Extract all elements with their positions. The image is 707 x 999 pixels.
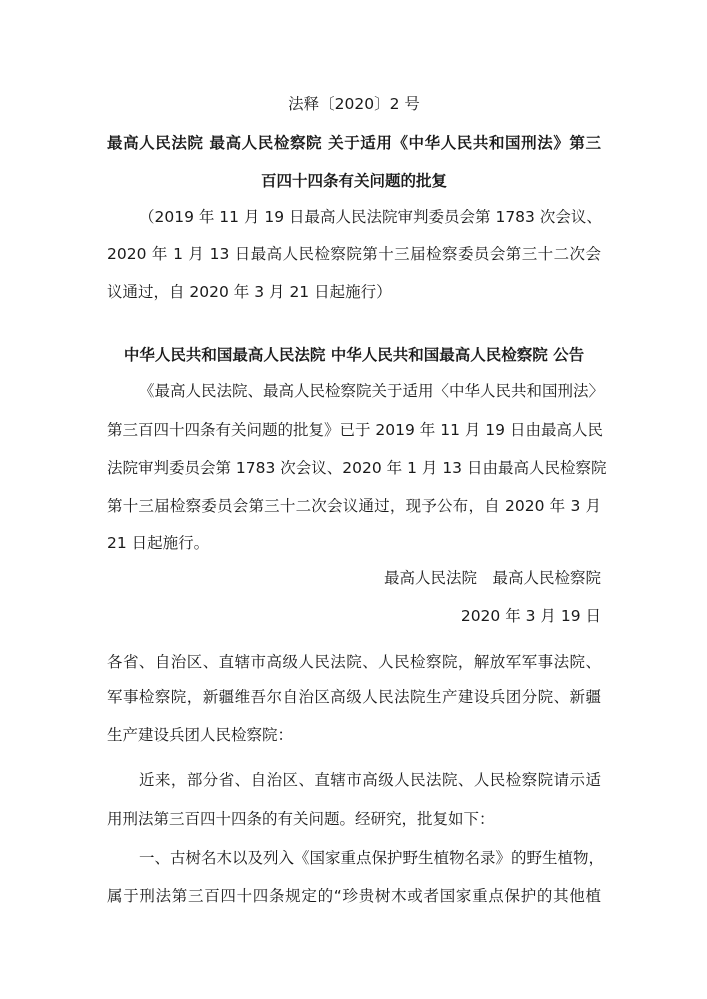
announcement-line-2: 第三百四十四条有关问题的批复》已于 2019 年 11 月 19 日由最高人民 <box>107 420 601 440</box>
body-paragraph-1-line-1: 近来，部分省、自治区、直辖市高级人民法院、人民检察院请示适 <box>107 770 601 790</box>
announcement-line-5: 21 日起施行。 <box>107 533 601 553</box>
announcement-line-4: 第十三届检察委员会第三十二次会议通过，现予公布，自 2020 年 3 月 <box>107 496 601 516</box>
addressee-line-2: 军事检察院，新疆维吾尔自治区高级人民法院生产建设兵团分院、新疆 <box>107 687 601 707</box>
addressee-line-3: 生产建设兵团人民检察院： <box>107 725 601 745</box>
body-paragraph-1-line-2: 用刑法第三百四十四条的有关问题。经研究，批复如下： <box>107 809 601 829</box>
adoption-note-line-1: （2019 年 11 月 19 日最高人民法院审判委员会第 1783 次会议、 <box>107 207 601 227</box>
announcement-date: 2020 年 3 月 19 日 <box>107 606 601 626</box>
announcement-signature: 最高人民法院 最高人民检察院 <box>107 568 601 588</box>
adoption-note-line-3: 议通过，自 2020 年 3 月 21 日起施行） <box>107 282 601 302</box>
announcement-heading: 中华人民共和国最高人民法院 中华人民共和国最高人民检察院 公告 <box>107 345 601 365</box>
title-line-2: 百四十四条有关问题的批复 <box>107 171 601 191</box>
adoption-note-line-2: 2020 年 1 月 13 日最高人民检察院第十三届检察委员会第三十二次会 <box>107 244 601 264</box>
body-paragraph-2-line-2: 属于刑法第三百四十四条规定的“珍贵树木或者国家重点保护的其他植 <box>107 886 601 906</box>
doc-number: 法释〔2020〕2 号 <box>107 94 601 114</box>
announcement-line-1: 《最高人民法院、最高人民检察院关于适用〈中华人民共和国刑法〉 <box>107 381 601 401</box>
addressee-line-1: 各省、自治区、直辖市高级人民法院、人民检察院，解放军军事法院、 <box>107 652 601 672</box>
body-paragraph-2-line-1: 一、古树名木以及列入《国家重点保护野生植物名录》的野生植物， <box>107 848 601 868</box>
announcement-line-3: 法院审判委员会第 1783 次会议、2020 年 1 月 13 日由最高人民检察… <box>107 458 601 478</box>
title-line-1: 最高人民法院 最高人民检察院 关于适用《中华人民共和国刑法》第三 <box>107 133 601 153</box>
